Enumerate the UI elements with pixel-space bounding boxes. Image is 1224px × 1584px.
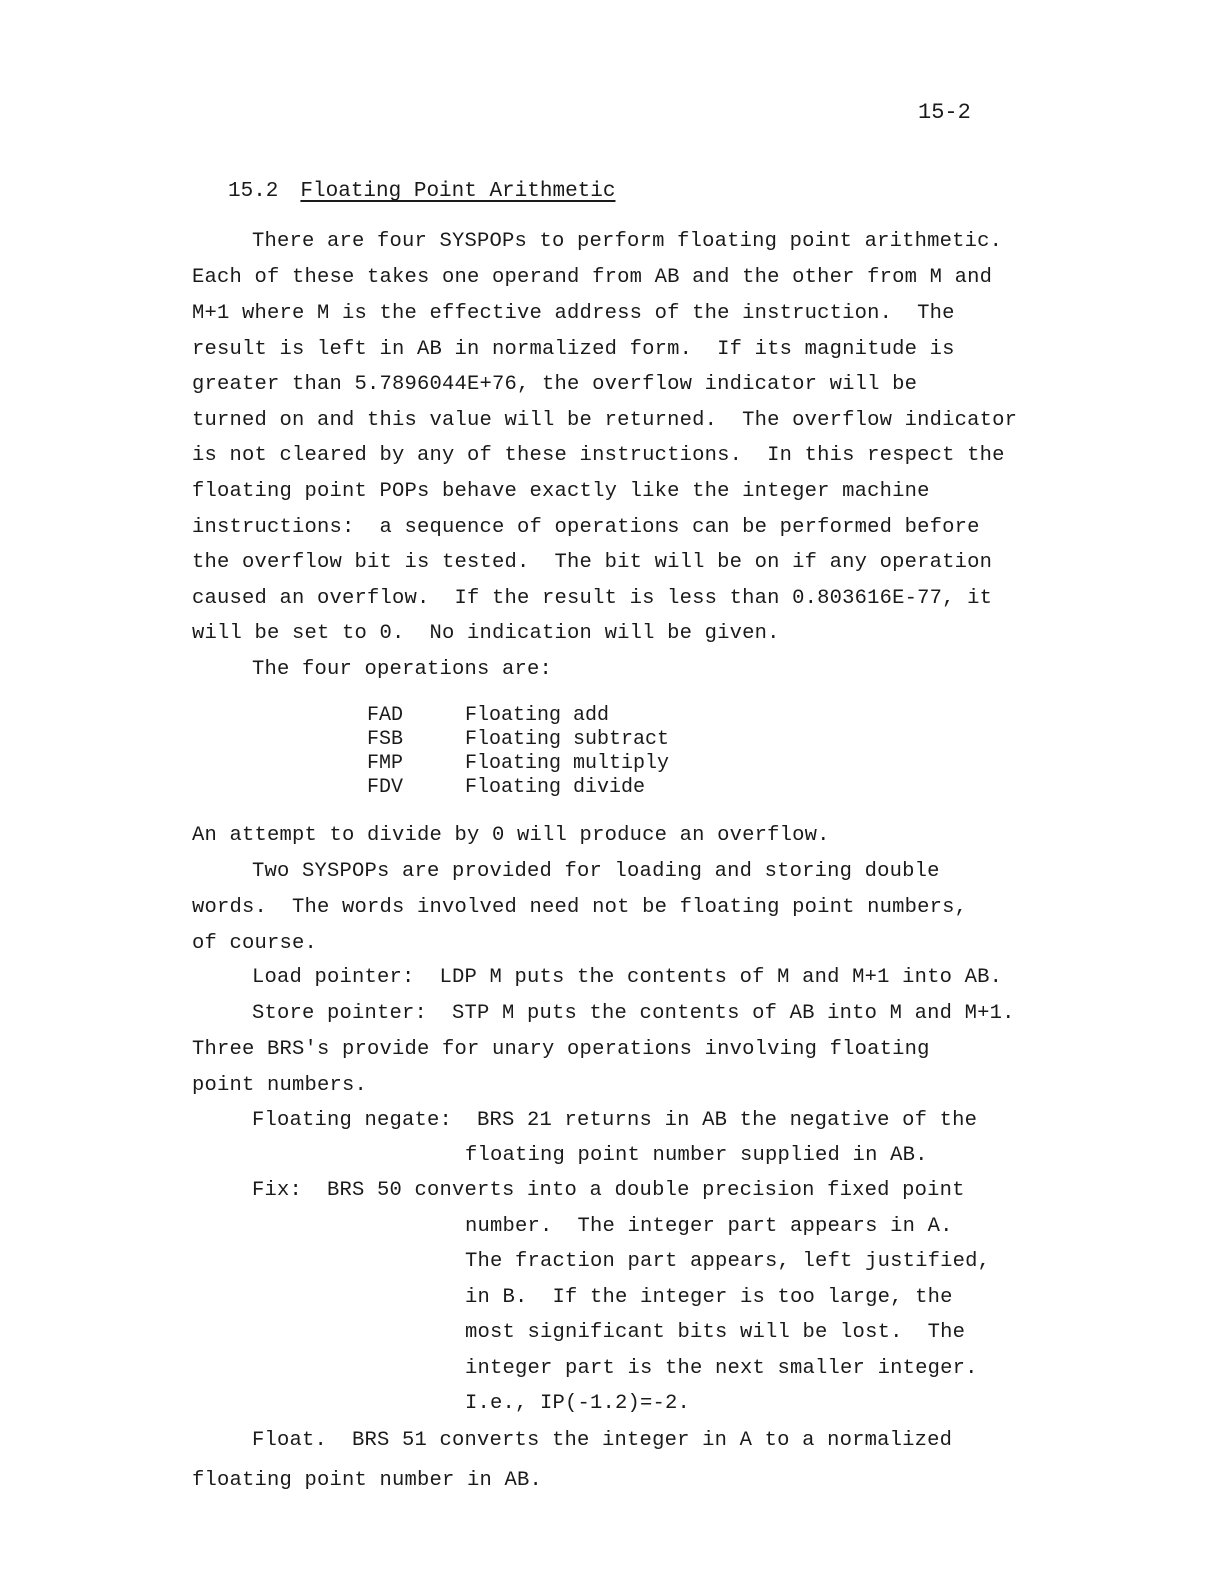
text-line: Float. BRS 51 converts the integer in A …: [252, 1429, 952, 1452]
operation-description: Floating multiply: [465, 752, 669, 776]
operations-table: FAD Floating add FSB Floating subtract F…: [367, 704, 669, 800]
section-number: 15.2: [228, 180, 278, 203]
operation-code: FSB: [367, 728, 465, 752]
text-line: of course.: [192, 932, 317, 955]
text-line: Floating negate: BRS 21 returns in AB th…: [252, 1109, 977, 1132]
page-number: 15-2: [918, 100, 971, 125]
text-line: Fix: BRS 50 converts into a double preci…: [252, 1179, 965, 1202]
operations-intro: The four operations are:: [252, 658, 552, 681]
text-line: the overflow bit is tested. The bit will…: [192, 551, 992, 574]
text-line: Three BRS's provide for unary operations…: [192, 1038, 930, 1061]
operation-row: FDV Floating divide: [367, 776, 669, 800]
text-line: result is left in AB in normalized form.…: [192, 338, 955, 361]
section-heading: 15.2Floating Point Arithmetic: [228, 180, 615, 203]
text-line: number. The integer part appears in A.: [465, 1215, 953, 1238]
section-title: Floating Point Arithmetic: [300, 180, 615, 203]
text-line: There are four SYSPOPs to perform floati…: [252, 230, 1002, 253]
text-line: instructions: a sequence of operations c…: [192, 516, 980, 539]
text-line: Two SYSPOPs are provided for loading and…: [252, 860, 940, 883]
text-line: Each of these takes one operand from AB …: [192, 266, 992, 289]
load-pointer-entry: Load pointer: LDP M puts the contents of…: [252, 966, 1002, 989]
operation-code: FAD: [367, 704, 465, 728]
operation-description: Floating subtract: [465, 728, 669, 752]
operation-code: FMP: [367, 752, 465, 776]
text-line: M+1 where M is the effective address of …: [192, 302, 955, 325]
operation-row: FSB Floating subtract: [367, 728, 669, 752]
text-line: caused an overflow. If the result is les…: [192, 587, 992, 610]
operation-description: Floating divide: [465, 776, 645, 800]
text-line: most significant bits will be lost. The: [465, 1321, 965, 1344]
operation-row: FAD Floating add: [367, 704, 669, 728]
text-line: turned on and this value will be returne…: [192, 409, 1017, 432]
text-line: greater than 5.7896044E+76, the overflow…: [192, 373, 917, 396]
text-line: floating point number in AB.: [192, 1469, 542, 1492]
text-line: integer part is the next smaller integer…: [465, 1357, 978, 1380]
operation-description: Floating add: [465, 704, 609, 728]
store-pointer-entry: Store pointer: STP M puts the contents o…: [252, 1002, 1015, 1025]
operation-row: FMP Floating multiply: [367, 752, 669, 776]
text-line: will be set to 0. No indication will be …: [192, 622, 780, 645]
operation-code: FDV: [367, 776, 465, 800]
text-line: point numbers.: [192, 1074, 367, 1097]
text-line: floating point POPs behave exactly like …: [192, 480, 930, 503]
text-line: The fraction part appears, left justifie…: [465, 1250, 990, 1273]
text-line: floating point number supplied in AB.: [465, 1144, 928, 1167]
text-line: words. The words involved need not be fl…: [192, 896, 967, 919]
text-line: is not cleared by any of these instructi…: [192, 444, 1005, 467]
text-line: I.e., IP(-1.2)=-2.: [465, 1392, 690, 1415]
text-line: in B. If the integer is too large, the: [465, 1286, 953, 1309]
divide-note: An attempt to divide by 0 will produce a…: [192, 824, 830, 847]
